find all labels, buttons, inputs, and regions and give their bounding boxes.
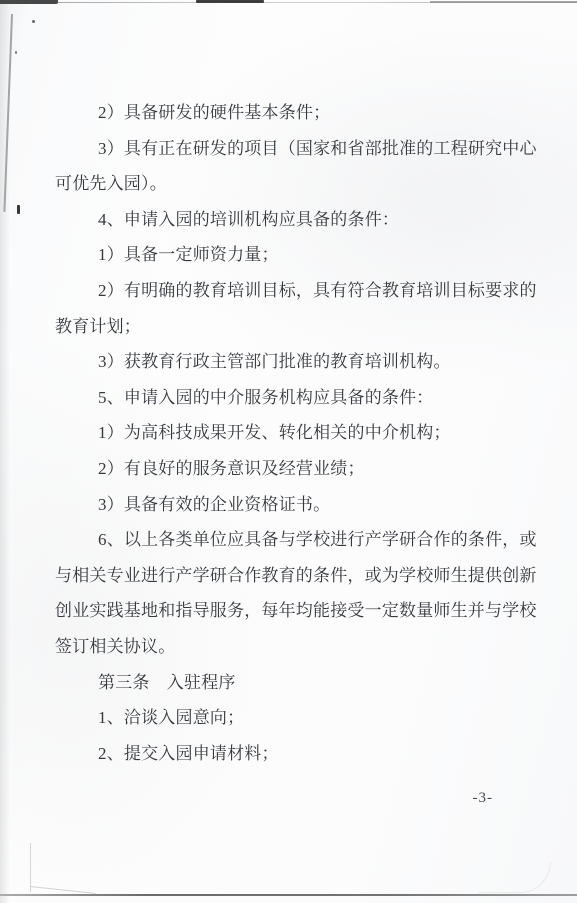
scan-speck (15, 51, 17, 54)
scan-artifact-bottom-diagonal (30, 886, 96, 894)
text-line-13: 6、以上各类单位应具备与学校进行产学研合作的条件，或 (55, 522, 521, 558)
scan-speck (32, 20, 35, 23)
scan-artifact-bottom-curve (478, 862, 551, 893)
scan-artifact-top-mid-segment (196, 0, 264, 3)
page-number: -3- (473, 790, 494, 807)
text-line-10: 1）为高科技成果开发、转化相关的中介机构； (55, 415, 521, 451)
scan-artifact-bottom-edge-line (0, 894, 577, 896)
text-line-5: 1）具备一定师资力量； (55, 237, 521, 273)
text-line-8: 3）获教育行政主管部门批准的教育培训机构。 (55, 344, 521, 380)
text-line-16: 签订相关协议。 (55, 629, 521, 665)
paper-left-edge-shade (0, 0, 10, 903)
scan-artifact-top-hairline (0, 2, 577, 3)
scan-artifact-top-left-segment (0, 0, 58, 4)
text-line-17: 第三条 入驻程序 (55, 665, 521, 701)
text-line-15: 创业实践基地和指导服务，每年均能接受一定数量师生并与学校 (55, 593, 521, 629)
document-body: 2）具备研发的硬件基本条件；3）具有正在研发的项目（国家和省部批准的工程研究中心… (55, 95, 521, 771)
text-line-1: 2）具备研发的硬件基本条件； (55, 95, 521, 131)
text-line-7: 教育计划； (55, 309, 521, 345)
scan-artifact-left-hairline (3, 14, 12, 212)
scan-artifact-top-right-segment (430, 1, 577, 3)
text-line-4: 4、申请入园的培训机构应具备的条件： (55, 202, 521, 238)
scanned-page: 2）具备研发的硬件基本条件；3）具有正在研发的项目（国家和省部批准的工程研究中心… (0, 0, 577, 903)
text-line-2: 3）具有正在研发的项目（国家和省部批准的工程研究中心 (55, 131, 521, 167)
text-line-14: 与相关专业进行产学研合作教育的条件，或为学校师生提供创新 (55, 558, 521, 594)
text-line-19: 2、提交入园申请材料； (55, 736, 521, 772)
scan-artifact-bottom-vertical-line (30, 843, 31, 892)
scan-artifact-left-tick (17, 205, 20, 214)
text-line-3: 可优先入园）。 (55, 166, 521, 202)
text-line-11: 2）有良好的服务意识及经营业绩； (55, 451, 521, 487)
text-line-18: 1、洽谈入园意向； (55, 700, 521, 736)
text-line-9: 5、申请入园的中介服务机构应具备的条件： (55, 380, 521, 416)
text-line-6: 2）有明确的教育培训目标，具有符合教育培训目标要求的 (55, 273, 521, 309)
text-line-12: 3）具备有效的企业资格证书。 (55, 487, 521, 523)
